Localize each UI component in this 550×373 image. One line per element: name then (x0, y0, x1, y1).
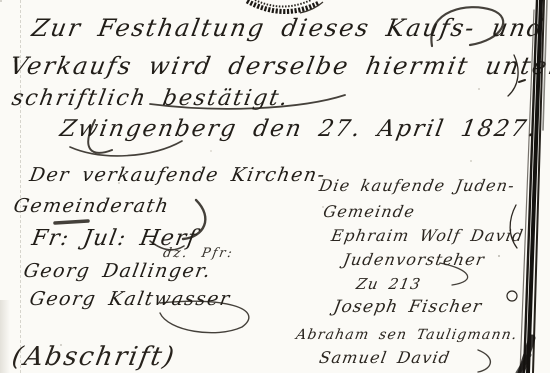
signature-kaltwasser: Georg Kaltwasser (28, 290, 232, 309)
number-213: Zu 213 (355, 277, 422, 292)
body-line-3: schriftlich bestätigt. (10, 88, 291, 110)
signature-wolf-david: Ephraim Wolf David (330, 228, 525, 244)
abschrift-note: (Abschrift) (10, 344, 178, 370)
signature-tauligmann: Abraham sen Tauligmann. (295, 328, 519, 342)
right-col-heading-2: Gemeinde (322, 204, 416, 220)
body-line-1: Zur Festhaltung dieses Kaufs- und (30, 16, 547, 40)
signature-wolf-david-title: Judenvorsteher (342, 252, 486, 268)
left-col-heading-2: Gemeinderath (12, 197, 171, 216)
right-col-heading-1: Die kaufende Juden- (318, 178, 516, 194)
dateline: Zwingenberg den 27. April 1827. (58, 118, 539, 141)
binding-edge-icon (504, 0, 550, 373)
body-line-2: Verkaufs wird derselbe hiermit unter- = (8, 54, 550, 78)
signature-samuel-david: Samuel David (318, 350, 452, 366)
signature-fischer: Joseph Fischer (332, 299, 483, 316)
scanned-manuscript-page: Zur Festhaltung dieses Kaufs- und Verkau… (0, 0, 550, 373)
left-col-heading-1: Der verkaufende Kirchen- (28, 166, 327, 185)
signature-herf-title: dz. Pfr: (162, 247, 235, 260)
signature-dallinger: Georg Dallinger. (22, 262, 213, 281)
